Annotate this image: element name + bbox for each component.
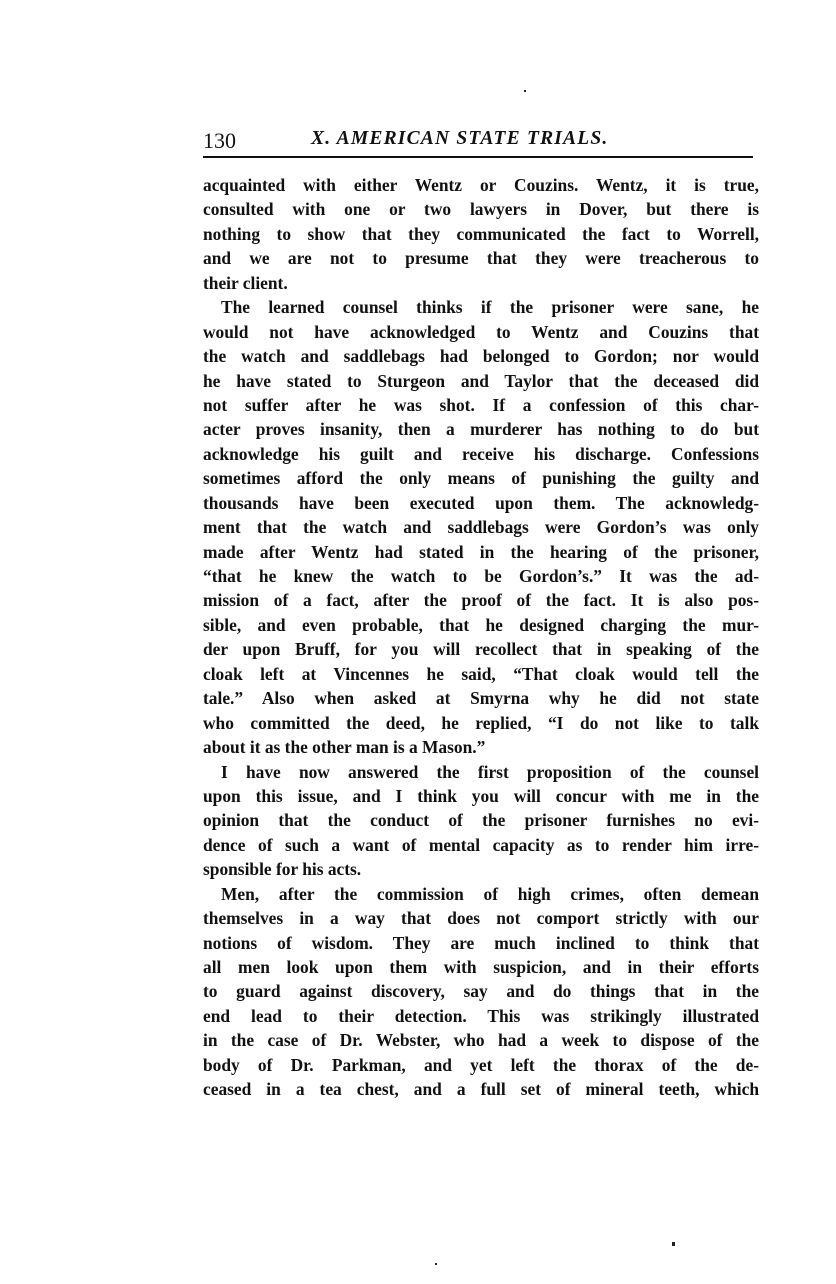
text-line: acquainted with either Wentz or Couzins.… xyxy=(203,173,759,197)
paragraph: acquainted with either Wentz or Couzins.… xyxy=(203,173,759,295)
text-line: cloak left at Vincennes he said, “That c… xyxy=(203,662,759,686)
text-line: mission of a fact, after the proof of th… xyxy=(203,588,759,612)
scan-speck xyxy=(435,1263,437,1265)
body-text: acquainted with either Wentz or Couzins.… xyxy=(203,173,759,1102)
text-line: would not have acknowledged to Wentz and… xyxy=(203,320,759,344)
text-line: all men look upon them with suspicion, a… xyxy=(203,955,759,979)
text-line: thousands have been executed upon them. … xyxy=(203,491,759,515)
text-line: notions of wisdom. They are much incline… xyxy=(203,931,759,955)
text-line: sponsible for his acts. xyxy=(203,857,759,881)
text-line: in the case of Dr. Webster, who had a we… xyxy=(203,1028,759,1052)
running-head: X. AMERICAN STATE TRIALS. xyxy=(311,128,609,150)
text-line: end lead to their detection. This was st… xyxy=(203,1004,759,1028)
text-line: ceased in a tea chest, and a full set of… xyxy=(203,1077,759,1101)
page-number: 130 xyxy=(203,128,236,154)
page-header: 130 X. AMERICAN STATE TRIALS. xyxy=(203,126,755,154)
header-rule xyxy=(203,156,753,158)
text-line: he have stated to Sturgeon and Taylor th… xyxy=(203,369,759,393)
text-line: acter proves insanity, then a murderer h… xyxy=(203,417,759,441)
text-line: not suffer after he was shot. If a confe… xyxy=(203,393,759,417)
text-line: made after Wentz had stated in the heari… xyxy=(203,540,759,564)
text-line: who committed the deed, he replied, “I d… xyxy=(203,711,759,735)
scan-speck xyxy=(524,90,526,92)
text-line: the watch and saddlebags had belonged to… xyxy=(203,344,759,368)
text-line: about it as the other man is a Mason.” xyxy=(203,735,759,759)
paragraph: Men, after the commission of high crimes… xyxy=(203,882,759,1102)
text-line: opinion that the conduct of the prisoner… xyxy=(203,808,759,832)
text-line: “that he knew the watch to be Gordon’s.”… xyxy=(203,564,759,588)
paragraph: I have now answered the first propositio… xyxy=(203,760,759,882)
text-line: ment that the watch and saddlebags were … xyxy=(203,515,759,539)
text-line: themselves in a way that does not compor… xyxy=(203,906,759,930)
text-line: acknowledge his guilt and receive his di… xyxy=(203,442,759,466)
text-line: sometimes afford the only means of punis… xyxy=(203,466,759,490)
text-line: Men, after the commission of high crimes… xyxy=(203,882,759,906)
text-line: sible, and even probable, that he design… xyxy=(203,613,759,637)
text-line: I have now answered the first propositio… xyxy=(203,760,759,784)
text-line: nothing to show that they communicated t… xyxy=(203,222,759,246)
scan-speck xyxy=(672,1242,675,1246)
text-line: tale.” Also when asked at Smyrna why he … xyxy=(203,686,759,710)
text-line: body of Dr. Parkman, and yet left the th… xyxy=(203,1053,759,1077)
paragraph: The learned counsel thinks if the prison… xyxy=(203,295,759,759)
text-line: and we are not to presume that they were… xyxy=(203,246,759,270)
text-line: dence of such a want of mental capacity … xyxy=(203,833,759,857)
text-line: consulted with one or two lawyers in Dov… xyxy=(203,197,759,221)
text-line: The learned counsel thinks if the prison… xyxy=(203,295,759,319)
text-line: to guard against discovery, say and do t… xyxy=(203,979,759,1003)
text-line: der upon Bruff, for you will recollect t… xyxy=(203,637,759,661)
text-line: upon this issue, and I think you will co… xyxy=(203,784,759,808)
text-line: their client. xyxy=(203,271,759,295)
